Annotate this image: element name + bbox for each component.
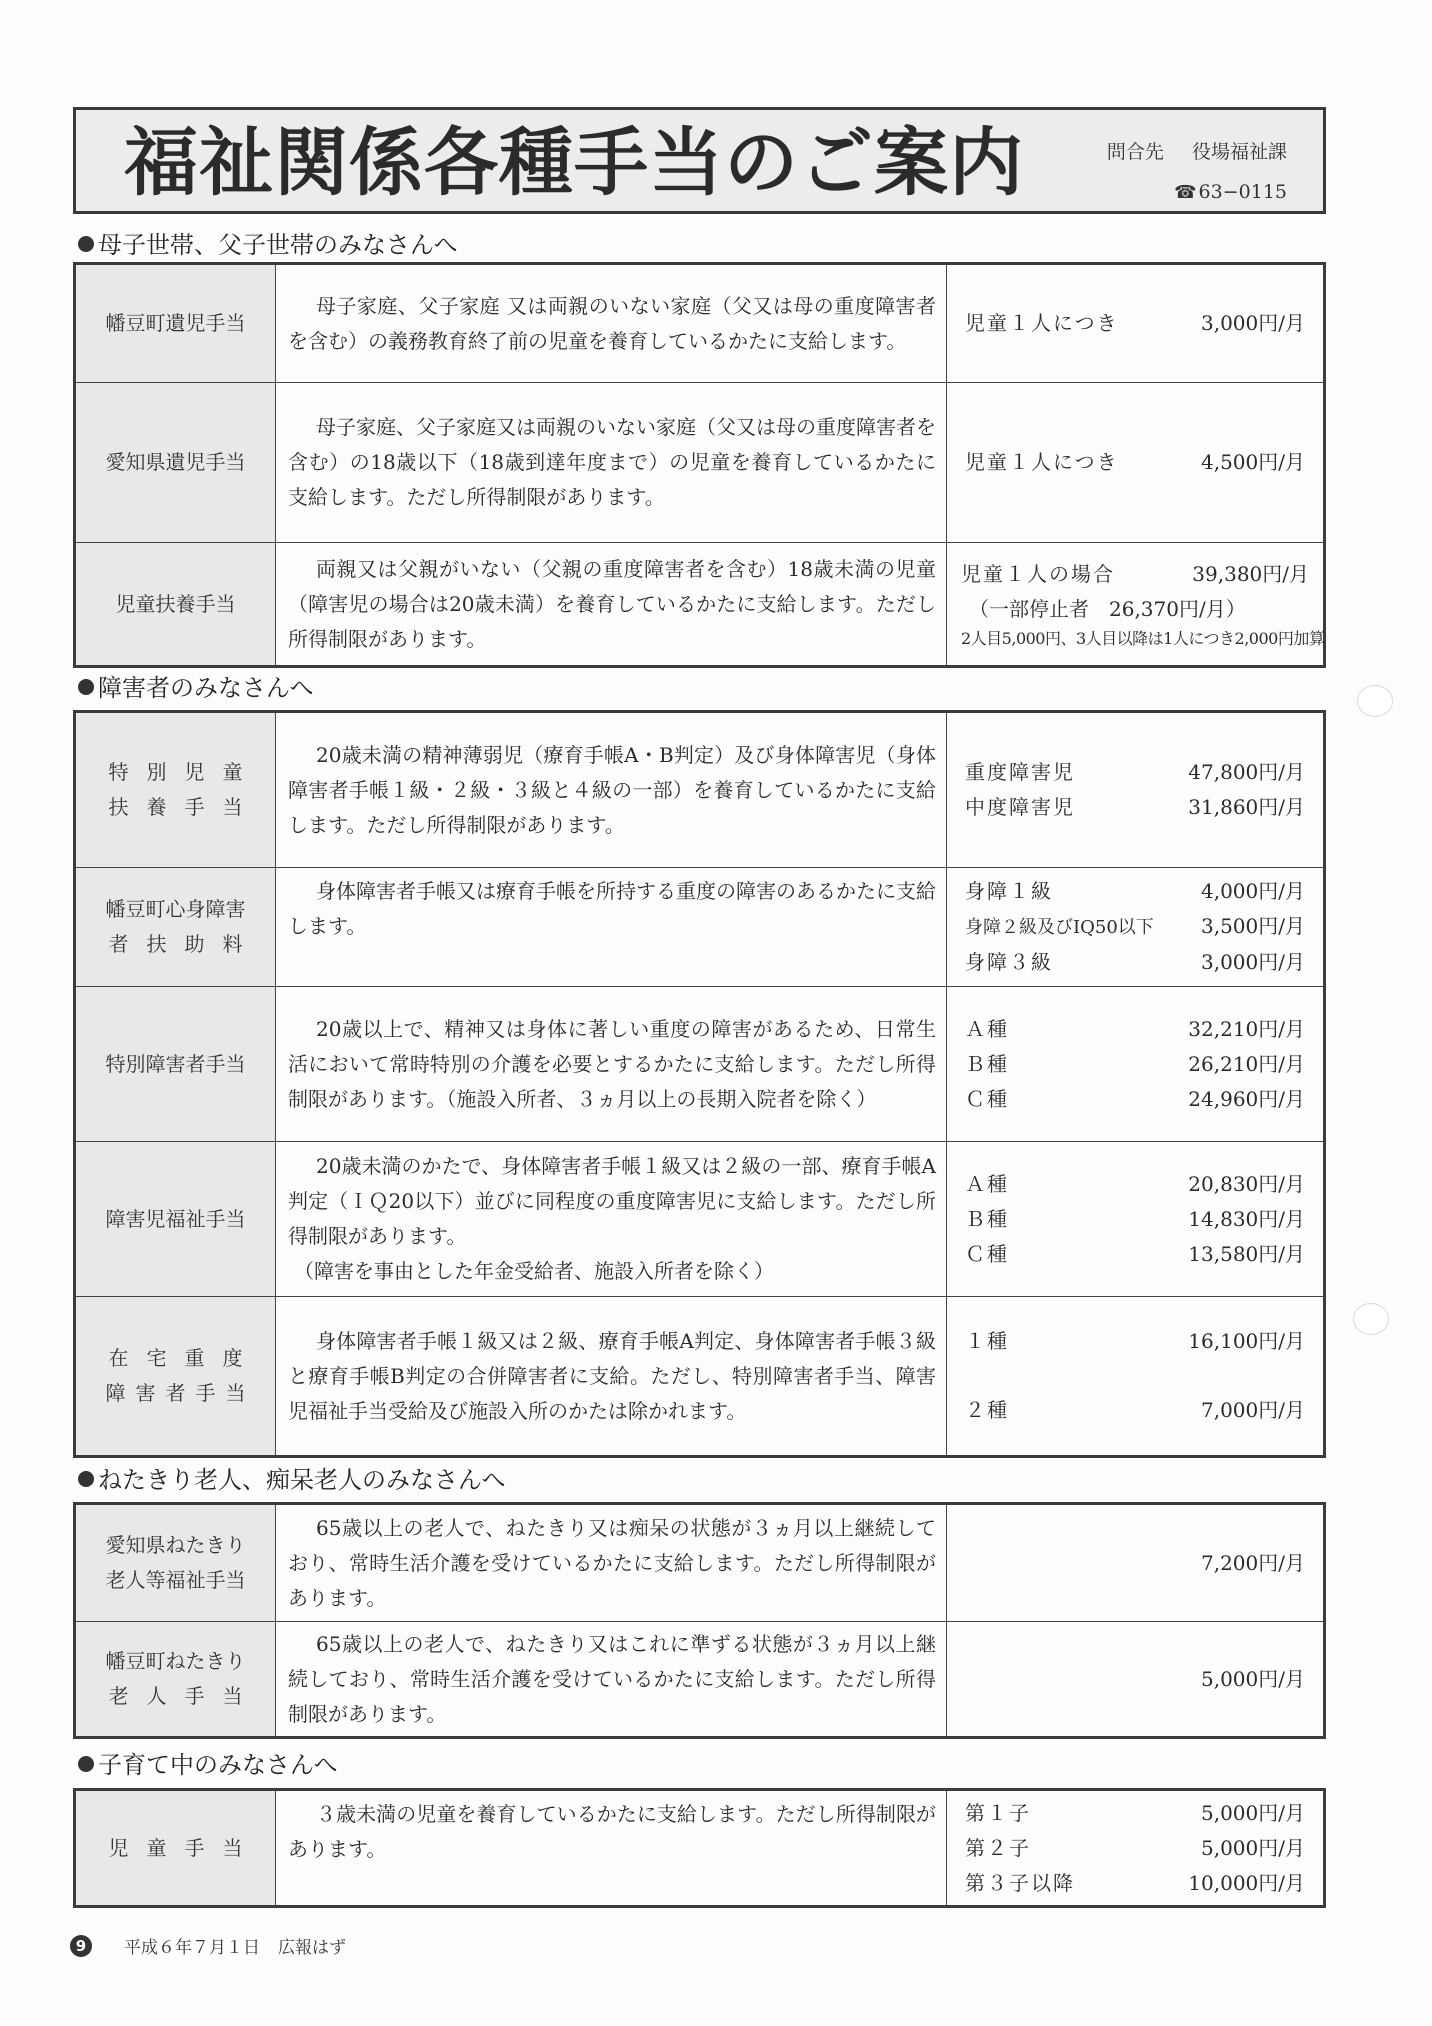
allowance-name: 児童手当 [75,1790,276,1907]
allowance-description: 身体障害者手帳１級又は２級、療育手帳A判定、身体障害者手帳３級と療育手帳B判定の… [276,1297,947,1457]
allowance-description: 母子家庭、父子家庭 又は両親のいない家庭（父又は母の重度障害者を含む）の義務教育… [276,264,947,383]
allowance-table-elderly: 愛知県ねたきり 老人等福祉手当 65歳以上の老人で、ねたきり又は痴呆の状態が３ヵ… [73,1502,1326,1739]
allowance-amount: 身障１級4,000円/月 身障２級及びIQ50以下3,500円/月 身障３級3,… [947,868,1325,987]
allowance-amount: 5,000円/月 [947,1622,1325,1738]
allowance-amount: 7,200円/月 [947,1504,1325,1622]
table-row: 幡豆町心身障害 者扶助料 身体障害者手帳又は療育手帳を所持する重度の障害のあるか… [75,868,1325,987]
bullet-icon [78,1756,94,1772]
publication-name: 広報はず [278,1933,346,1958]
contact-label: 問合先 [1107,141,1164,163]
allowance-amount: 第１子5,000円/月 第２子5,000円/月 第３子以降10,000円/月 [947,1790,1325,1907]
allowance-amount: 児童１人につき4,500円/月 [947,383,1325,543]
publication-date: 平成６年７月１日 [124,1933,260,1958]
partial-suspension-amount: （一部停止者 26,370円/月） [961,592,1309,627]
allowance-description: 65歳以上の老人で、ねたきり又は痴呆の状態が３ヵ月以上継続しており、常時生活介護… [276,1504,947,1622]
allowance-amount: Ａ種32,210円/月 Ｂ種26,210円/月 Ｃ種24,960円/月 [947,987,1325,1142]
allowance-name: 特別障害者手当 [75,987,276,1142]
phone-number: 63−0115 [1199,181,1287,203]
allowance-description: 母子家庭、父子家庭又は両親のいない家庭（父又は母の重度障害者を含む）の18歳以下… [276,383,947,543]
table-row: 児童手当 ３歳未満の児童を養育しているかたに支給します。ただし所得制限があります… [75,1790,1325,1907]
table-row: 児童扶養手当 両親又は父親がいない（父親の重度障害者を含む）18歳未満の児童（障… [75,543,1325,667]
punch-hole [1357,685,1393,717]
phone-icon: ☎ [1174,182,1196,203]
contact-info: 問合先 役場福祉課 ☎63−0115 [1107,132,1287,213]
page-number-badge: 9 [70,1935,92,1957]
allowance-amount: 重度障害児47,800円/月 中度障害児31,860円/月 [947,712,1325,868]
table-row: 障害児福祉手当 20歳未満のかたで、身体障害者手帳１級又は２級の一部、療育手帳A… [75,1142,1325,1297]
allowance-name: 児童扶養手当 [75,543,276,667]
allowance-name: 幡豆町遺児手当 [75,264,276,383]
title-banner: 福祉関係各種手当のご案内 問合先 役場福祉課 ☎63−0115 [73,107,1326,214]
contact-department: 役場福祉課 [1192,141,1287,163]
table-row: 幡豆町ねたきり 老人手当 65歳以上の老人で、ねたきり又はこれに準ずる状態が３ヵ… [75,1622,1325,1738]
bullet-icon [78,236,94,252]
allowance-name: 在宅重度 障害者手当 [75,1297,276,1457]
bullet-icon [78,1471,94,1487]
table-row: 特別障害者手当 20歳以上で、精神又は身体に著しい重度の障害があるため、日常生活… [75,987,1325,1142]
section-heading-child-rearing: 子育て中のみなさんへ [78,1750,338,1780]
allowance-amount: １種16,100円/月 ２種7,000円/月 [947,1297,1325,1457]
allowance-description: 身体障害者手帳又は療育手帳を所持する重度の障害のあるかたに支給します。 [276,868,947,987]
allowance-description: 20歳未満の精神薄弱児（療育手帳A・B判定）及び身体障害児（身体障害者手帳１級・… [276,712,947,868]
section-heading-single-parent: 母子世帯、父子世帯のみなさんへ [78,230,458,260]
allowance-name: 幡豆町ねたきり 老人手当 [75,1622,276,1738]
allowance-name: 幡豆町心身障害 者扶助料 [75,868,276,987]
page-footer: 9 平成６年７月１日 広報はず [70,1933,346,1958]
allowance-amount: Ａ種20,830円/月 Ｂ種14,830円/月 Ｃ種13,580円/月 [947,1142,1325,1297]
bullet-icon [78,679,94,695]
allowance-amount: 児童１人につき3,000円/月 [947,264,1325,383]
page-title: 福祉関係各種手当のご案内 [124,118,1024,208]
allowance-name: 特別児童 扶養手当 [75,712,276,868]
allowance-table-child-rearing: 児童手当 ３歳未満の児童を養育しているかたに支給します。ただし所得制限があります… [73,1788,1326,1908]
table-row: 幡豆町遺児手当 母子家庭、父子家庭 又は両親のいない家庭（父又は母の重度障害者を… [75,264,1325,383]
table-row: 特別児童 扶養手当 20歳未満の精神薄弱児（療育手帳A・B判定）及び身体障害児（… [75,712,1325,868]
table-row: 愛知県遺児手当 母子家庭、父子家庭又は両親のいない家庭（父又は母の重度障害者を含… [75,383,1325,543]
section-heading-disabled: 障害者のみなさんへ [78,673,314,703]
table-row: 在宅重度 障害者手当 身体障害者手帳１級又は２級、療育手帳A判定、身体障害者手帳… [75,1297,1325,1457]
allowance-table-disabled: 特別児童 扶養手当 20歳未満の精神薄弱児（療育手帳A・B判定）及び身体障害児（… [73,710,1326,1458]
allowance-name: 愛知県遺児手当 [75,383,276,543]
table-row: 愛知県ねたきり 老人等福祉手当 65歳以上の老人で、ねたきり又は痴呆の状態が３ヵ… [75,1504,1325,1622]
allowance-description: 20歳以上で、精神又は身体に著しい重度の障害があるため、日常生活において常時特別… [276,987,947,1142]
allowance-name: 障害児福祉手当 [75,1142,276,1297]
allowance-description: 65歳以上の老人で、ねたきり又はこれに準ずる状態が３ヵ月以上継続しており、常時生… [276,1622,947,1738]
punch-hole [1353,1303,1389,1335]
allowance-description: 両親又は父親がいない（父親の重度障害者を含む）18歳未満の児童（障害児の場合は2… [276,543,947,667]
section-heading-elderly: ねたきり老人、痴呆老人のみなさんへ [78,1465,506,1495]
allowance-description: 20歳未満のかたで、身体障害者手帳１級又は２級の一部、療育手帳A判定（ＩＱ20以… [276,1142,947,1297]
allowance-amount: 児童１人の場合39,380円/月 （一部停止者 26,370円/月） 2人目5,… [947,543,1325,667]
allowance-name: 愛知県ねたきり 老人等福祉手当 [75,1504,276,1622]
allowance-table-single-parent: 幡豆町遺児手当 母子家庭、父子家庭 又は両親のいない家庭（父又は母の重度障害者を… [73,262,1326,668]
allowance-description: ３歳未満の児童を養育しているかたに支給します。ただし所得制限があります。 [276,1790,947,1907]
additional-child-note: 2人目5,000円、3人目以降は1人につき2,000円加算 [961,627,1309,651]
